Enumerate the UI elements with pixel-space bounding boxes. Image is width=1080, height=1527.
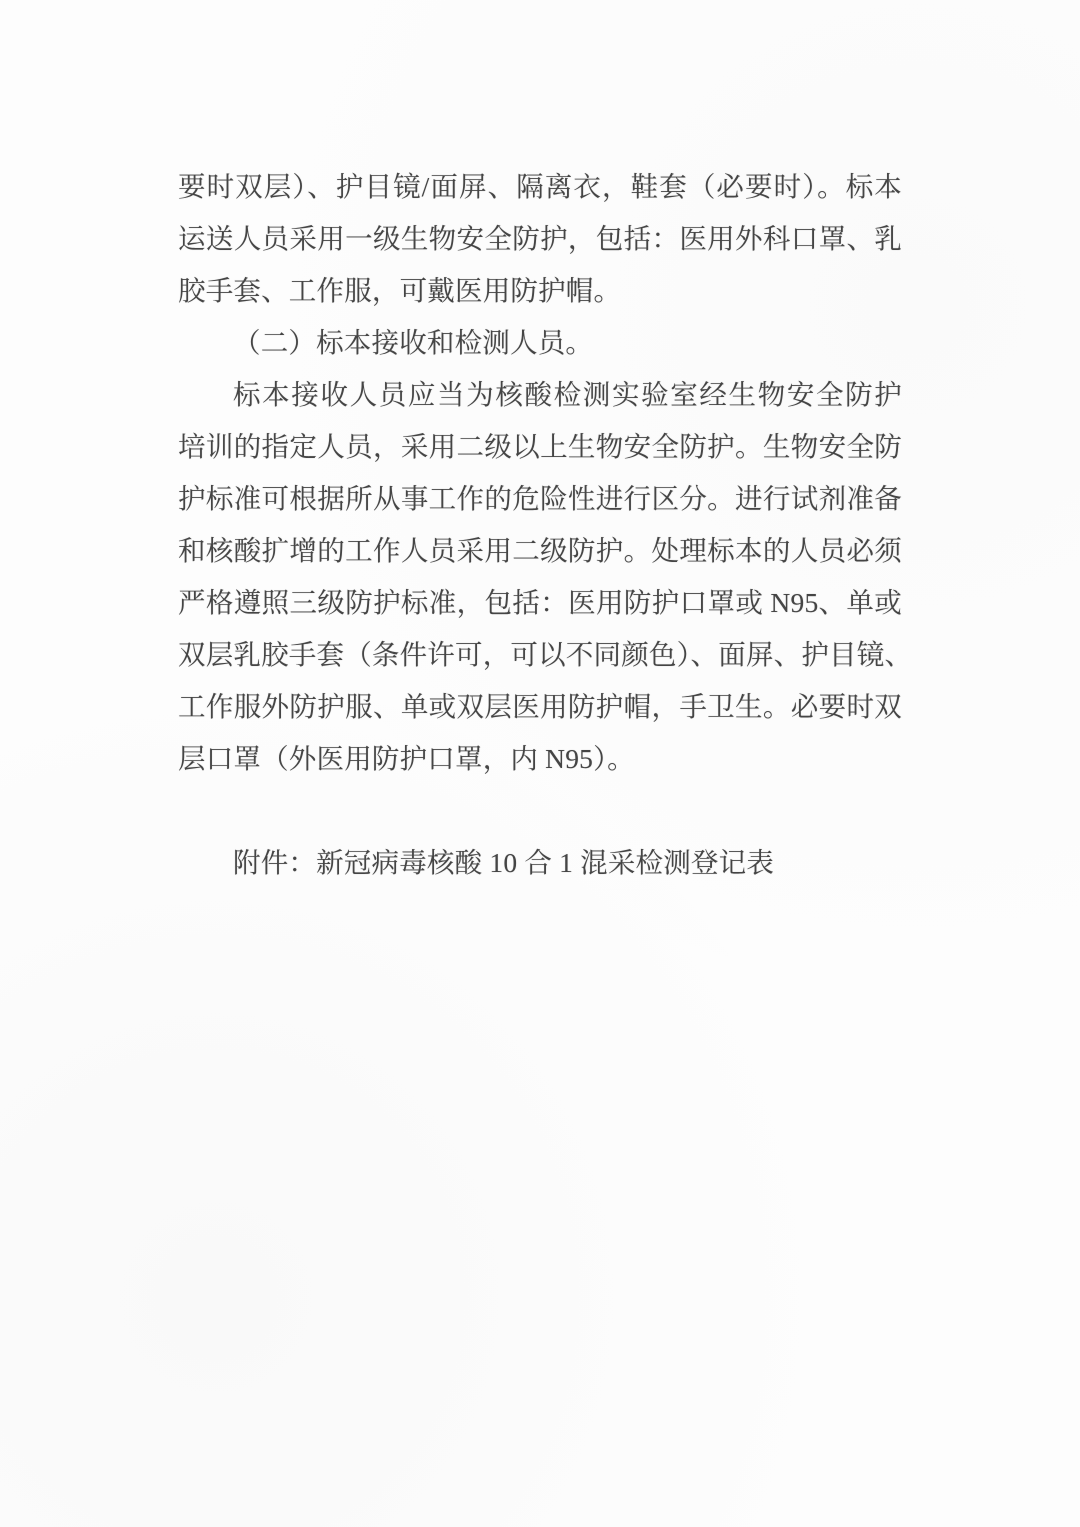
scanned-document-page: 要时双层）、护目镜/面屏、隔离衣，鞋套（必要时）。标本 运送人员采用一级生物安全… <box>0 0 1080 1527</box>
body-text-line: 培训的指定人员，采用二级以上生物安全防护。生物安全防 <box>178 421 902 473</box>
attachment-line: 附件：新冠病毒核酸 10 合 1 混采检测登记表 <box>178 837 902 889</box>
body-text-line: 胶手套、工作服，可戴医用防护帽。 <box>178 265 902 317</box>
body-text-line: 标本接收人员应当为核酸检测实验室经生物安全防护 <box>178 369 902 421</box>
body-text-line: 运送人员采用一级生物安全防护，包括：医用外科口罩、乳 <box>178 213 902 265</box>
document-body: 要时双层）、护目镜/面屏、隔离衣，鞋套（必要时）。标本 运送人员采用一级生物安全… <box>178 161 902 889</box>
body-text-line: 护标准可根据所从事工作的危险性进行区分。进行试剂准备 <box>178 473 902 525</box>
section-heading-line: （二）标本接收和检测人员。 <box>178 317 902 369</box>
body-text-line: 双层乳胶手套（条件许可，可以不同颜色）、面屏、护目镜、 <box>178 629 902 681</box>
body-text-line: 和核酸扩增的工作人员采用二级防护。处理标本的人员必须 <box>178 525 902 577</box>
body-text-line: 工作服外防护服、单或双层医用防护帽，手卫生。必要时双 <box>178 681 902 733</box>
body-text-line: 要时双层）、护目镜/面屏、隔离衣，鞋套（必要时）。标本 <box>178 161 902 213</box>
body-text-line: 严格遵照三级防护标准，包括：医用防护口罩或 N95、单或 <box>178 577 902 629</box>
body-text-line: 层口罩（外医用防护口罩，内 N95）。 <box>178 733 902 785</box>
